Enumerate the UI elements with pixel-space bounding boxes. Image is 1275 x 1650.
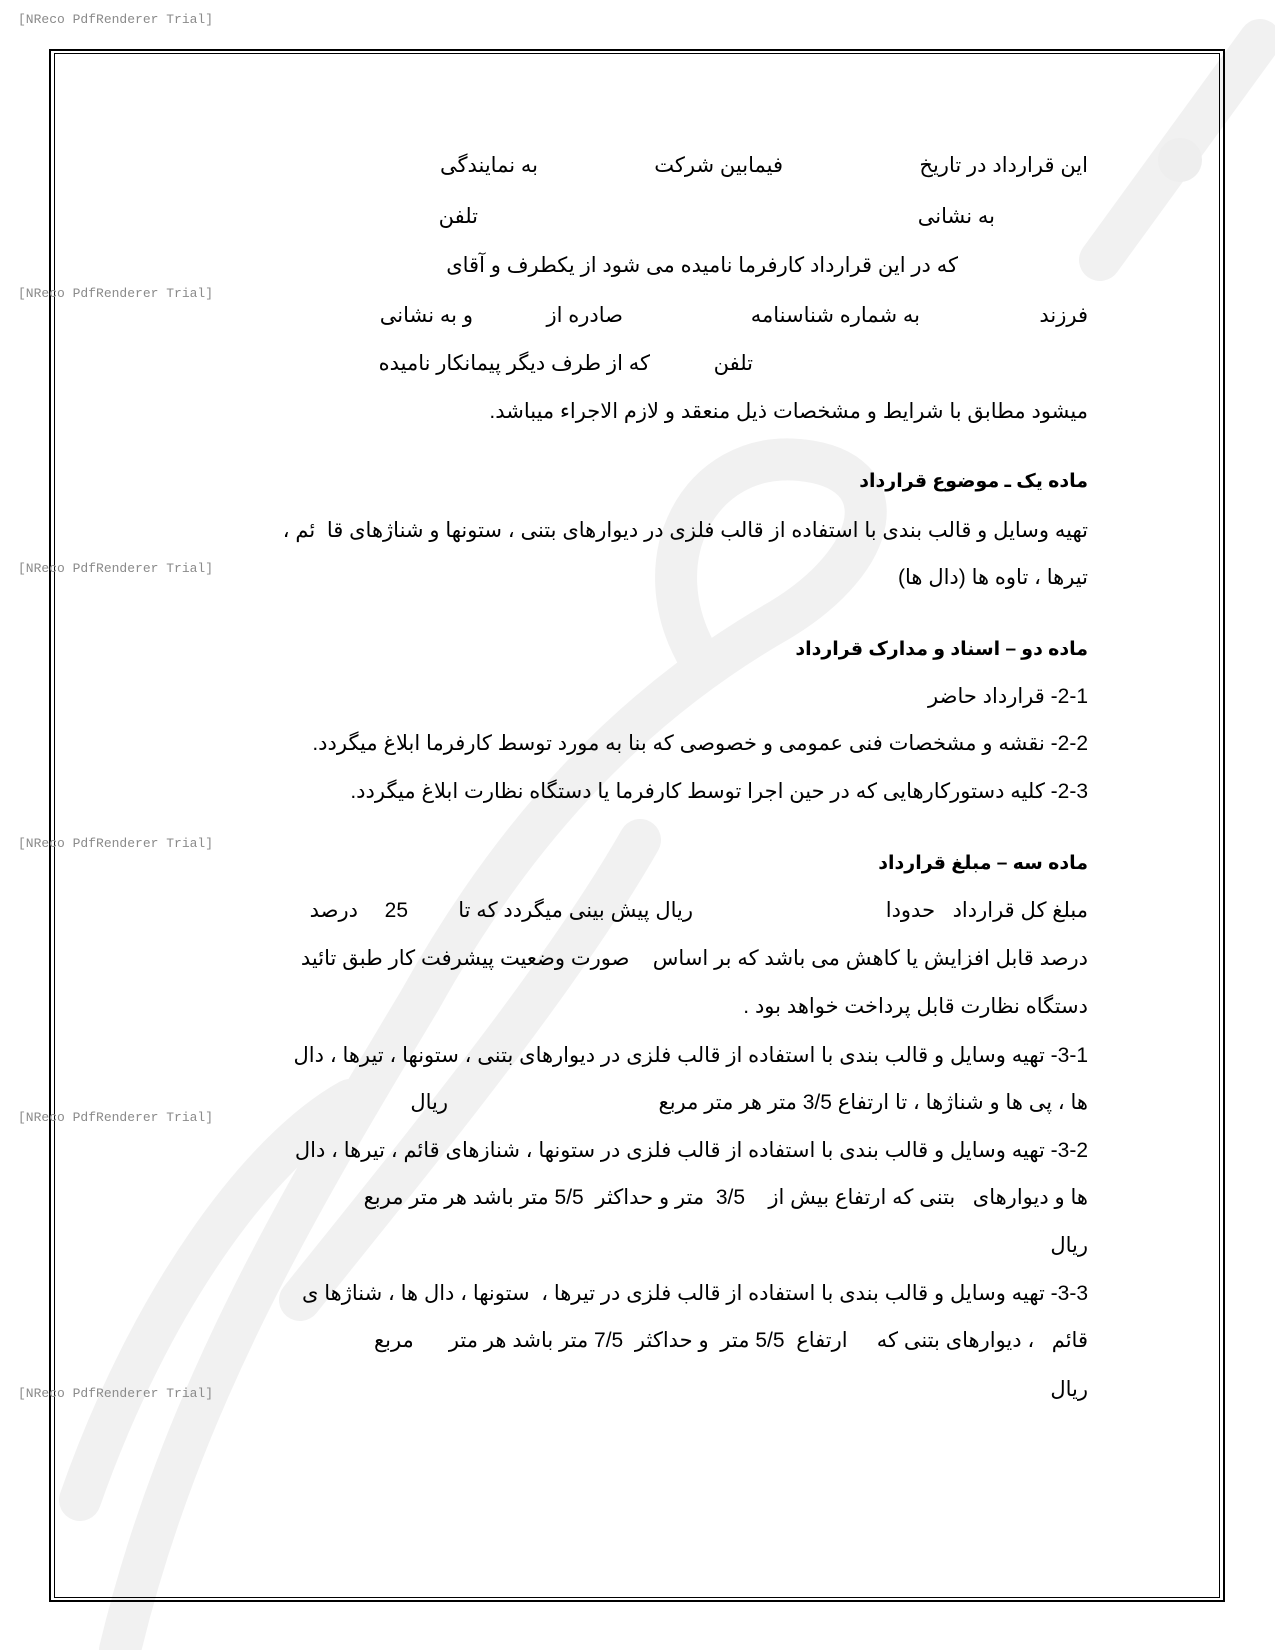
trial-watermark: [NReco PdfRenderer Trial] xyxy=(18,1110,213,1125)
article-3-percent-label: درصد xyxy=(310,897,358,925)
intro-contractor-label: که از طرف دیگر پیمانکار نامیده xyxy=(379,350,650,378)
intro-company-label: فیمابین شرکت xyxy=(654,152,783,180)
article-2-item: 2-1- قرارداد حاضر xyxy=(928,683,1088,711)
article-3-item-1: 3-1- تهیه وسایل و قالب بندی با استفاده ا… xyxy=(294,1042,1088,1070)
article-2-item: 2-2- نقشه و مشخصات فنی عمومی و خصوصی که … xyxy=(312,730,1088,758)
article-3-item-2-cont: ها و دیوارهای بتنی که ارتفاع بیش از 3/5 … xyxy=(364,1184,1088,1212)
article-2-title: ماده دو – اسناد و مدارک قرارداد xyxy=(795,636,1088,664)
article-3-item-3-unit: ریال xyxy=(1050,1376,1088,1404)
intro-phone-label: تلفن xyxy=(439,203,478,231)
intro-issued-label: صادره از xyxy=(546,302,623,330)
article-3-line: دستگاه نظارت قابل پرداخت خواهد بود . xyxy=(743,993,1088,1021)
article-2-item: 2-3- کلیه دستورکارهایی که در حین اجرا تو… xyxy=(350,778,1088,806)
article-3-percent-value: 25 xyxy=(385,897,408,925)
trial-watermark: [NReco PdfRenderer Trial] xyxy=(18,286,213,301)
article-1-line: تهیه وسایل و قالب بندی با استفاده از قال… xyxy=(283,517,1088,545)
intro-rep-label: به نمایندگی xyxy=(440,152,538,180)
page-border-inner xyxy=(54,53,1220,1598)
intro-child-label: فرزند xyxy=(1039,302,1088,330)
intro-id-label: به شماره شناسنامه xyxy=(751,302,920,330)
intro-date-label: این قرارداد در تاریخ xyxy=(919,152,1088,180)
article-1-title: ماده یک ـ موضوع قرارداد xyxy=(859,468,1088,496)
article-1-line: تیرها ، تاوه ها (دال ها) xyxy=(898,564,1088,592)
article-3-estimate-label: ریال پیش بینی میگردد که تا xyxy=(458,897,693,925)
article-3-item-2: 3-2- تهیه وسایل و قالب بندی با استفاده ا… xyxy=(295,1137,1088,1165)
intro-address-label: به نشانی xyxy=(918,203,995,231)
article-3-item-1-unit: ریال xyxy=(410,1089,448,1117)
intro-employer-line: که در این قرارداد کارفرما نامیده می شود … xyxy=(446,252,958,280)
intro-phone2-label: تلفن xyxy=(714,350,753,378)
trial-watermark: [NReco PdfRenderer Trial] xyxy=(18,1386,213,1401)
article-3-item-1-cont: ها ، پی ها و شناژها ، تا ارتفاع 3/5 متر … xyxy=(659,1089,1088,1117)
article-3-total-label: مبلغ کل قرارداد حدودا xyxy=(886,897,1088,925)
trial-watermark: [NReco PdfRenderer Trial] xyxy=(18,12,213,27)
trial-watermark: [NReco PdfRenderer Trial] xyxy=(18,561,213,576)
article-3-item-3-cont: قائم ، دیوارهای بتنی که ارتفاع 5/5 متر و… xyxy=(374,1327,1088,1355)
intro-address2-label: و به نشانی xyxy=(380,302,473,330)
trial-watermark: [NReco PdfRenderer Trial] xyxy=(18,836,213,851)
intro-conclusion: میشود مطابق با شرایط و مشخصات ذیل منعقد … xyxy=(489,398,1088,426)
article-3-item-3: 3-3- تهیه وسایل و قالب بندی با استفاده ا… xyxy=(302,1280,1088,1308)
article-3-item-2-unit: ریال xyxy=(1050,1232,1088,1260)
article-3-line: درصد قابل افزایش یا کاهش می باشد که بر ا… xyxy=(301,945,1088,973)
article-3-title: ماده سه – مبلغ قرارداد xyxy=(878,850,1088,878)
